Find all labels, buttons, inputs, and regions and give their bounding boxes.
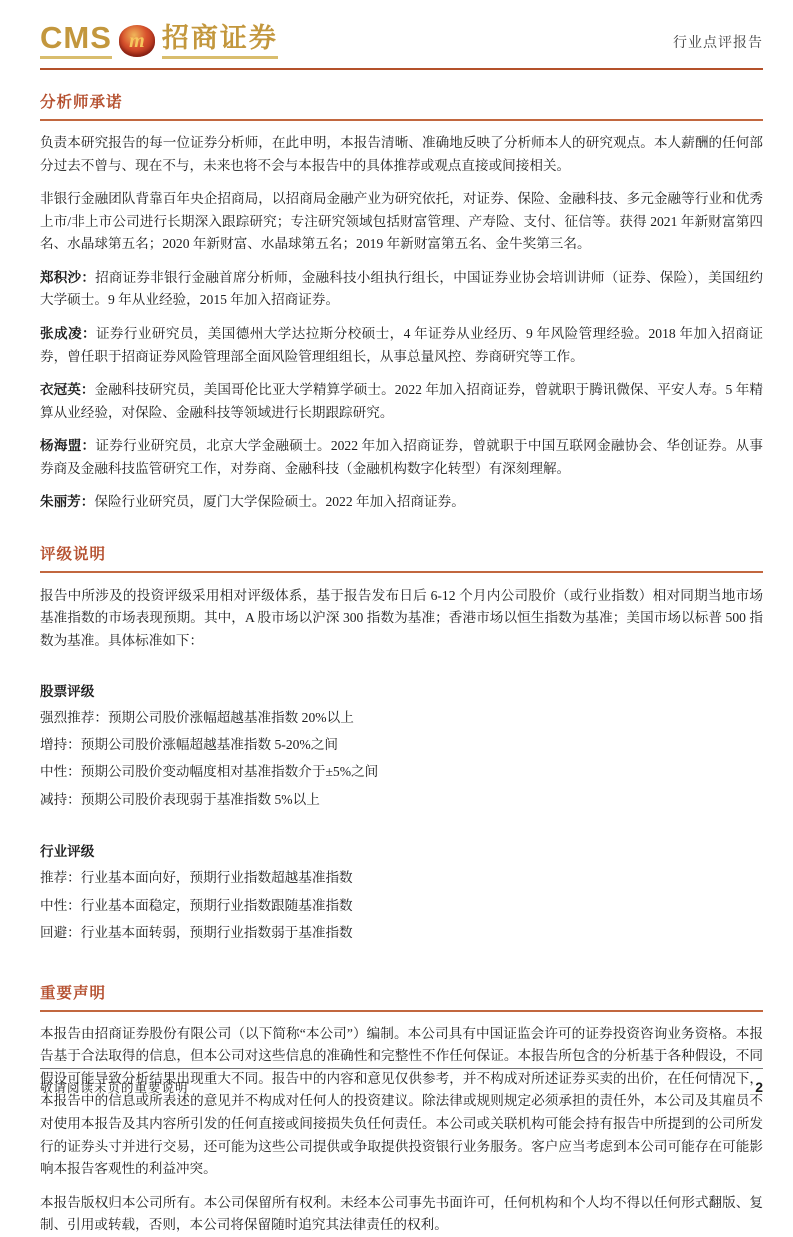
analyst-name: 张成凌： <box>40 326 96 341</box>
section-title-disclaimer: 重要声明 <box>40 981 763 1012</box>
analyst-bio-text: 招商证券非银行金融首席分析师，金融科技小组执行组长，中国证券业协会培训讲师（证券… <box>40 270 763 308</box>
analyst-bio-text: 金融科技研究员，美国哥伦比亚大学精算学硕士。2022 年加入招商证券，曾就职于腾… <box>40 382 763 420</box>
stock-rating-item: 增持：预期公司股价涨幅超越基准指数 5-20%之间 <box>40 731 763 758</box>
analyst-name: 衣冠英： <box>40 382 95 397</box>
page-header: CMS m 招商证券 行业点评报告 <box>40 22 763 59</box>
analyst-bio-text: 证券行业研究员，美国德州大学达拉斯分校硕士，4 年证券从业经历、9 年风险管理经… <box>40 326 763 364</box>
page-footer: 敬请阅读末页的重要说明 2 <box>40 1068 763 1096</box>
cms-logo-icon: m <box>119 25 155 57</box>
cms-logo: CMS m 招商证券 <box>40 22 278 59</box>
cms-logo-chinese: 招商证券 <box>162 25 278 59</box>
header-divider <box>40 68 763 70</box>
stock-rating-item: 中性：预期公司股价变动幅度相对基准指数介于±5%之间 <box>40 758 763 785</box>
industry-rating-item: 中性：行业基本面稳定，预期行业指数跟随基准指数 <box>40 892 763 919</box>
section-title-analyst: 分析师承诺 <box>40 90 763 121</box>
footer-note: 敬请阅读末页的重要说明 <box>40 1078 189 1096</box>
analyst-bio: 朱丽芳：保险行业研究员，厦门大学保险硕士。2022 年加入招商证券。 <box>40 491 763 514</box>
copyright-paragraph: 本报告版权归本公司所有。本公司保留所有权利。未经本公司事先书面许可，任何机构和个… <box>40 1192 763 1237</box>
analyst-bio: 郑积沙：招商证券非银行金融首席分析师，金融科技小组执行组长，中国证券业协会培训讲… <box>40 267 763 312</box>
section-analyst-commitment: 分析师承诺 负责本研究报告的每一位证券分析师，在此申明，本报告清晰、准确地反映了… <box>40 90 763 514</box>
analyst-name: 郑积沙： <box>40 270 95 285</box>
industry-rating-subhead: 行业评级 <box>40 840 763 860</box>
analyst-bio: 杨海盟：证券行业研究员，北京大学金融硕士。2022 年加入招商证券，曾就职于中国… <box>40 435 763 480</box>
team-intro-paragraph: 非银行金融团队背靠百年央企招商局，以招商局金融产业为研究依托，对证券、保险、金融… <box>40 188 763 256</box>
analyst-bio-text: 保险行业研究员，厦门大学保险硕士。2022 年加入招商证券。 <box>94 494 464 509</box>
analyst-bio: 衣冠英：金融科技研究员，美国哥伦比亚大学精算学硕士。2022 年加入招商证券，曾… <box>40 379 763 424</box>
section-title-rating: 评级说明 <box>40 542 763 573</box>
analyst-bio-text: 证券行业研究员，北京大学金融硕士。2022 年加入招商证券，曾就职于中国互联网金… <box>40 438 763 476</box>
analyst-name: 朱丽芳： <box>40 494 94 509</box>
page-number: 2 <box>755 1079 763 1095</box>
industry-rating-item: 回避：行业基本面转弱，预期行业指数弱于基准指数 <box>40 919 763 946</box>
analyst-bio: 张成凌：证券行业研究员，美国德州大学达拉斯分校硕士，4 年证券从业经历、9 年风… <box>40 323 763 368</box>
analyst-intro-paragraph: 负责本研究报告的每一位证券分析师，在此申明，本报告清晰、准确地反映了分析师本人的… <box>40 132 763 177</box>
analyst-name: 杨海盟： <box>40 438 95 453</box>
rating-intro-paragraph: 报告中所涉及的投资评级采用相对评级体系，基于报告发布日后 6-12 个月内公司股… <box>40 585 763 653</box>
stock-rating-item: 强烈推荐：预期公司股价涨幅超越基准指数 20%以上 <box>40 704 763 731</box>
report-type-label: 行业点评报告 <box>673 32 763 59</box>
section-rating-explanation: 评级说明 报告中所涉及的投资评级采用相对评级体系，基于报告发布日后 6-12 个… <box>40 542 763 947</box>
section-important-statement: 重要声明 本报告由招商证券股份有限公司（以下简称“本公司”）编制。本公司具有中国… <box>40 981 763 1237</box>
industry-rating-item: 推荐：行业基本面向好，预期行业指数超越基准指数 <box>40 864 763 891</box>
report-page: CMS m 招商证券 行业点评报告 分析师承诺 负责本研究报告的每一位证券分析师… <box>0 0 793 1122</box>
stock-rating-subhead: 股票评级 <box>40 680 763 700</box>
stock-rating-item: 减持：预期公司股价表现弱于基准指数 5%以上 <box>40 786 763 813</box>
disclaimer-paragraph: 本报告由招商证券股份有限公司（以下简称“本公司”）编制。本公司具有中国证监会许可… <box>40 1023 763 1181</box>
cms-logo-text: CMS <box>40 22 112 59</box>
